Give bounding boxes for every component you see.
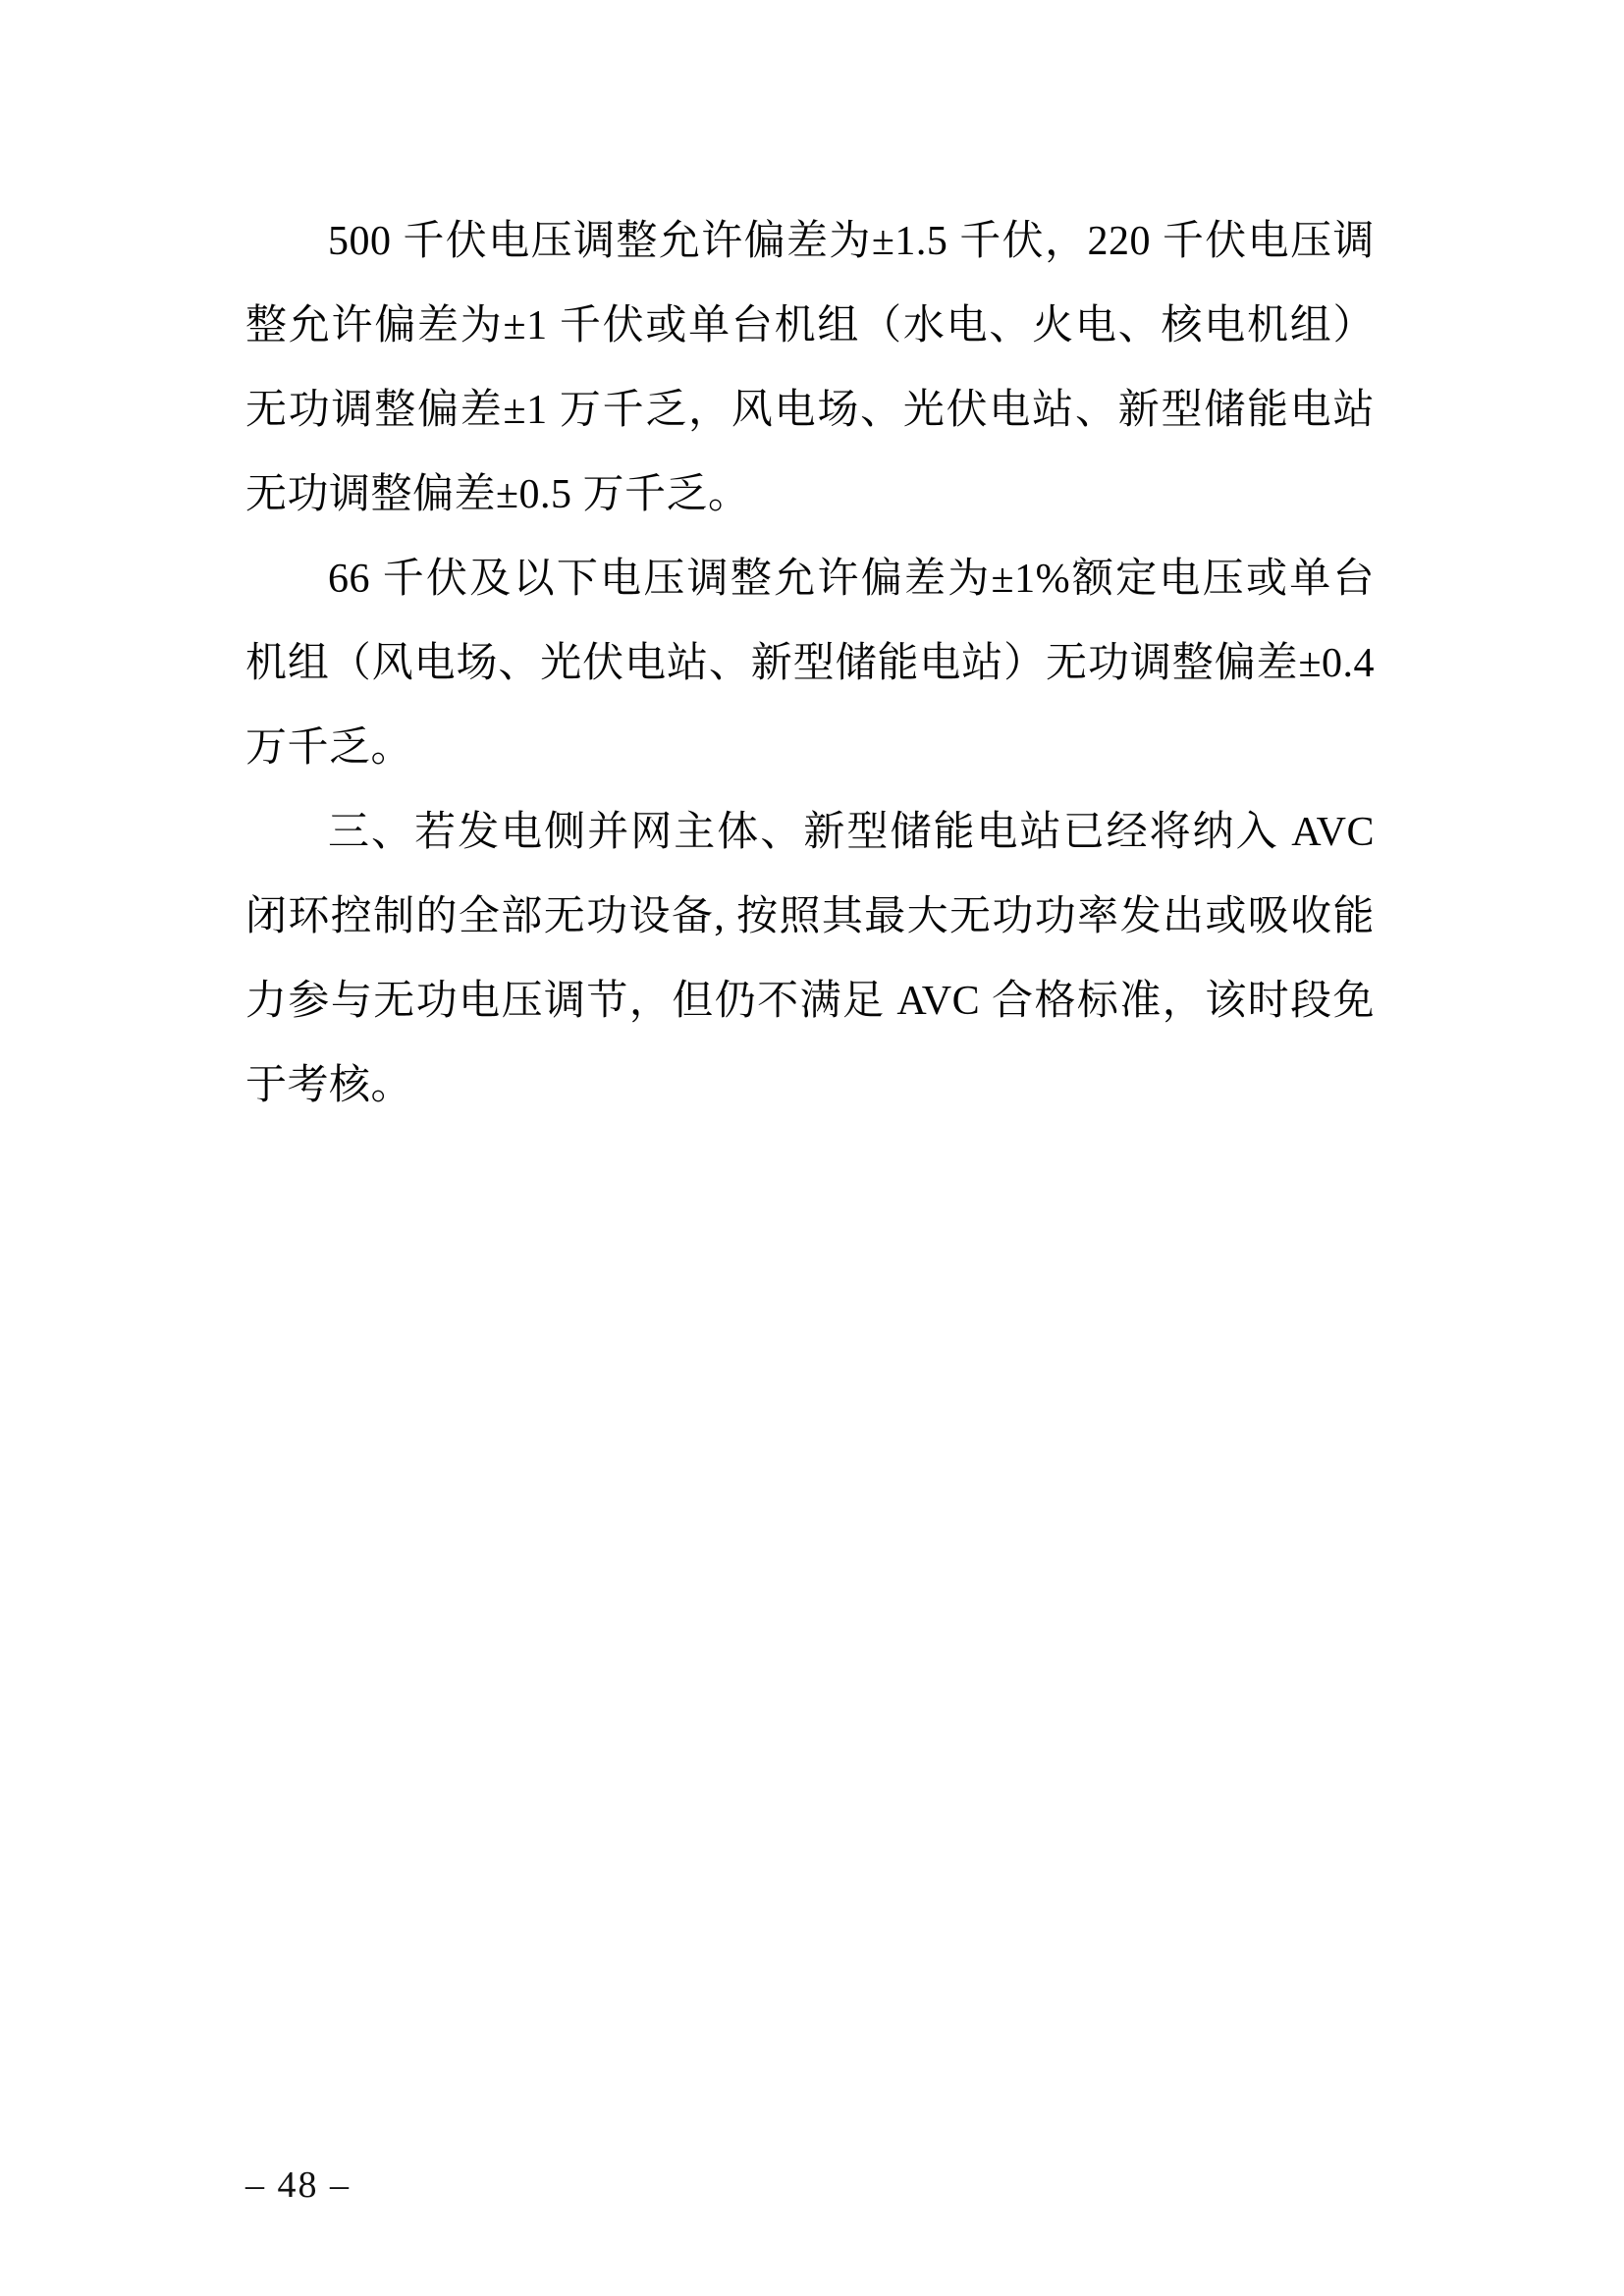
text-line: 66 千伏及以下电压调整允许偏差为±1%额定电压或单台 <box>245 537 1375 621</box>
document-page: 500 千伏电压调整允许偏差为±1.5 千伏，220 千伏电压调整允许偏差为±1… <box>0 0 1624 2296</box>
text-line: 力参与无功电压调节，但仍不满足 AVC 合格标准，该时段免 <box>245 959 1375 1043</box>
text-line: 无功调整偏差±1 万千乏，风电场、光伏电站、新型储能电站 <box>245 368 1375 453</box>
paragraph: 三、若发电侧并网主体、新型储能电站已经将纳入 AVC闭环控制的全部无功设备, 按… <box>245 790 1375 1128</box>
paragraph: 66 千伏及以下电压调整允许偏差为±1%额定电压或单台机组（风电场、光伏电站、新… <box>245 537 1375 790</box>
text-line: 整允许偏差为±1 千伏或单台机组（水电、火电、核电机组） <box>245 284 1375 368</box>
text-line: 500 千伏电压调整允许偏差为±1.5 千伏，220 千伏电压调 <box>245 199 1375 284</box>
text-line: 无功调整偏差±0.5 万千乏。 <box>245 453 1375 537</box>
text-line: 机组（风电场、光伏电站、新型储能电站）无功调整偏差±0.4 <box>245 621 1375 706</box>
text-line: 闭环控制的全部无功设备, 按照其最大无功功率发出或吸收能 <box>245 875 1375 959</box>
text-line: 于考核。 <box>245 1043 1375 1128</box>
paragraph: 500 千伏电压调整允许偏差为±1.5 千伏，220 千伏电压调整允许偏差为±1… <box>245 199 1375 537</box>
document-body: 500 千伏电压调整允许偏差为±1.5 千伏，220 千伏电压调整允许偏差为±1… <box>245 199 1375 1128</box>
text-line: 万千乏。 <box>245 706 1375 790</box>
page-number: – 48 – <box>245 2160 351 2211</box>
text-line: 三、若发电侧并网主体、新型储能电站已经将纳入 AVC <box>245 790 1375 875</box>
